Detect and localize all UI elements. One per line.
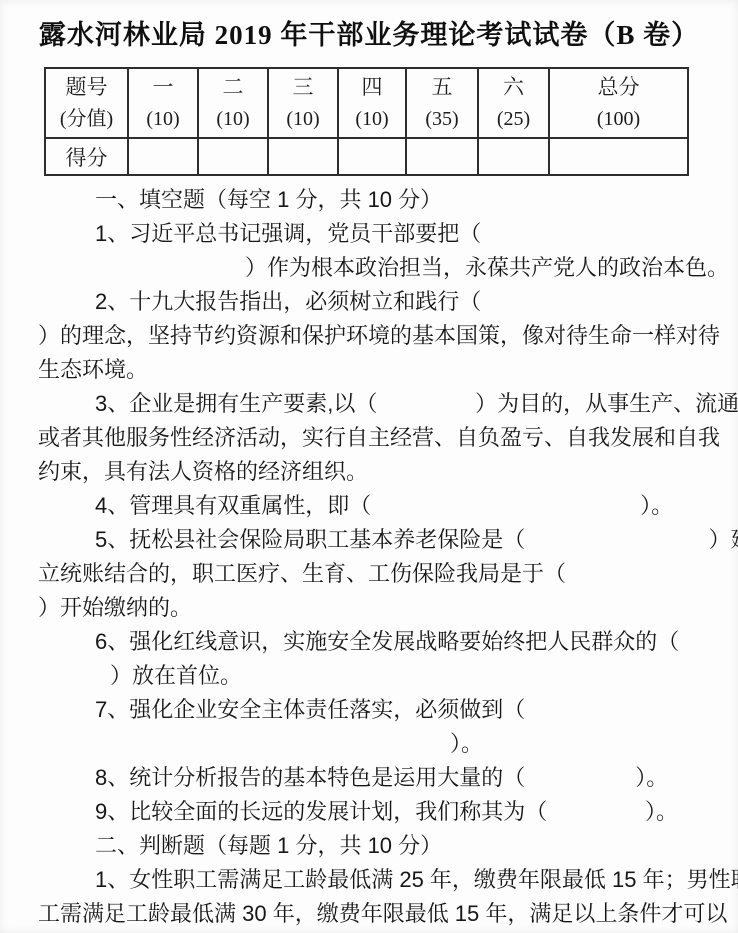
text-line: 立统账结合的，职工医疗、生育、工伤保险我局是于（: [38, 557, 738, 591]
header-cell: 六(25): [478, 68, 549, 138]
text-line: 2、十九大报告指出，必须树立和践行（: [38, 285, 738, 319]
header-cell-top: 六: [479, 71, 548, 104]
text-line: 一、填空题（每空 1 分，共 10 分）: [38, 183, 738, 217]
header-cell-top: 二: [199, 71, 267, 104]
header-cell: 二(10): [198, 68, 268, 138]
score-cell-empty: [478, 138, 549, 175]
exam-paper-page: 露水河林业局 2019 年干部业务理论考试试卷（B 卷） 题号(分值)一(10)…: [0, 0, 738, 933]
text-line: 5、抚松县社会保险局职工基本养老保险是（ ）建: [38, 523, 738, 557]
header-cell-top: 五: [407, 71, 477, 104]
text-line: ）作为根本政治担当，永葆共产党人的政治本色。: [38, 251, 738, 285]
score-cell-empty: [198, 138, 268, 175]
score-cell-empty: [549, 138, 688, 175]
header-cell-score: (10): [129, 104, 197, 135]
header-cell: 题号(分值): [45, 68, 128, 138]
text-line: 6、强化红线意识，实施安全发展战略要始终把人民群众的（: [38, 625, 738, 659]
header-cell-top: 一: [129, 71, 197, 104]
header-cell-top: 三: [269, 71, 337, 104]
header-cell: 总分(100): [549, 68, 688, 138]
header-cell: 四(10): [338, 68, 406, 138]
table-header-row: 题号(分值)一(10)二(10)三(10)四(10)五(35)六(25)总分(1…: [45, 68, 688, 138]
header-cell-top: 四: [339, 71, 405, 104]
score-cell-empty: [338, 138, 406, 175]
text-line: 8、统计分析报告的基本特色是运用大量的（ ）。: [38, 761, 738, 795]
header-cell-top: 总分: [550, 71, 687, 104]
header-cell-score: (10): [199, 104, 267, 135]
text-line: 二、判断题（每题 1 分，共 10 分）: [38, 829, 738, 863]
score-cell-empty: [406, 138, 478, 175]
text-line: ）的理念，坚持节约资源和保护环境的基本国策，像对待生命一样对待: [38, 319, 738, 353]
header-cell-score: (10): [269, 104, 337, 135]
text-line: 7、强化企业安全主体责任落实，必须做到（: [38, 693, 738, 727]
header-cell-score: (25): [479, 104, 548, 135]
header-cell-score: (100): [550, 104, 687, 135]
text-line: 生态环境。: [38, 353, 738, 387]
score-row-label: 得分: [45, 138, 128, 175]
text-line: 4、管理具有双重属性，即（ ）。: [38, 489, 738, 523]
table-score-row: 得分: [45, 138, 688, 175]
text-line: ）开始缴纳的。: [38, 591, 738, 625]
header-cell-top: 题号: [46, 71, 127, 104]
text-line: 约束，具有法人资格的经济组织。: [38, 455, 738, 489]
question-body: 一、填空题（每空 1 分，共 10 分）1、习近平总书记强调，党员干部要把（）作…: [38, 183, 738, 931]
header-cell: 五(35): [406, 68, 478, 138]
text-line: ）。: [38, 727, 738, 761]
text-line: 9、比较全面的长远的发展计划，我们称其为（ ）。: [38, 795, 738, 829]
text-line: 3、企业是拥有生产要素,以（ ）为目的，从事生产、流通: [38, 387, 738, 421]
page-title: 露水河林业局 2019 年干部业务理论考试试卷（B 卷）: [0, 0, 738, 52]
header-cell: 三(10): [268, 68, 338, 138]
score-table: 题号(分值)一(10)二(10)三(10)四(10)五(35)六(25)总分(1…: [44, 67, 689, 176]
header-cell-score: (分值): [46, 104, 127, 135]
text-line: 或者其他服务性经济活动，实行自主经营、自负盈亏、自我发展和自我: [38, 421, 738, 455]
text-line: 工需满足工龄最低满 30 年，缴费年限最低 15 年，满足以上条件才可以: [38, 897, 738, 931]
header-cell: 一(10): [128, 68, 198, 138]
header-cell-score: (10): [339, 104, 405, 135]
score-cell-empty: [268, 138, 338, 175]
score-cell-empty: [128, 138, 198, 175]
text-line: 1、女性职工需满足工龄最低满 25 年，缴费年限最低 15 年；男性职: [38, 863, 738, 897]
text-line: ）放在首位。: [38, 659, 738, 693]
text-line: 1、习近平总书记强调，党员干部要把（: [38, 217, 738, 251]
header-cell-score: (35): [407, 104, 477, 135]
